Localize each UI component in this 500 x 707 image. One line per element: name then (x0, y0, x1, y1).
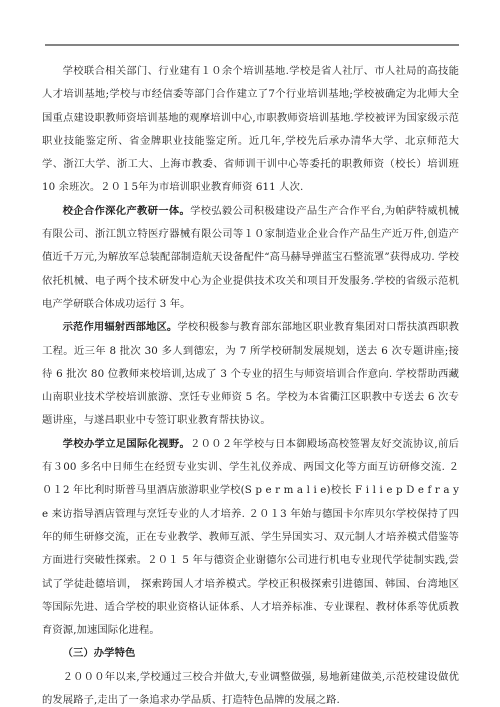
paragraph-lead: 示范作用辐射西部地区。 (63, 321, 178, 333)
paragraph-lead: 学校办学立足国际化视野。 (63, 438, 190, 450)
section-heading-school-features: （三）办学特色 (42, 642, 459, 665)
document-page: 学校联合相关部门、行业建有１０余个培训基地.学校是省人社厅、市人社局的高技能人才… (0, 0, 500, 707)
document-body: 学校联合相关部门、行业建有１０余个培训基地.学校是省人社厅、市人社局的高技能人才… (42, 60, 459, 707)
paragraph-western-region-outreach: 示范作用辐射西部地区。学校积极参与教育部东部地区职业教育集团对口帮扶滇西职教工程… (42, 316, 459, 432)
paragraph-international-vision: 学校办学立足国际化视野。２００２年学校与日本御殿场高校签署友好交流协议,前后有３… (42, 433, 459, 643)
paragraph-development-path: ２０００年以来,学校通过三校合并做大,专业调整做强, 易地新建做美,示范校建设做… (42, 666, 459, 707)
paragraph-text: ２００２年学校与日本御殿场高校签署友好交流协议,前后有３00 多名中日师生在经贸… (42, 438, 459, 636)
paragraph-text: 学校联合相关部门、行业建有１０余个培训基地.学校是省人社厅、市人社局的高技能人才… (42, 65, 459, 193)
header-rule (45, 44, 459, 46)
paragraph-text: 学校积极参与教育部东部地区职业教育集团对口帮扶滇西职教工程。近三年 8 批次 3… (42, 321, 459, 426)
paragraph-lead: 校企合作深化产教研一体。 (63, 205, 190, 217)
paragraph-school-enterprise-cooperation: 校企合作深化产教研一体。学校弘毅公司积极建设产品生产合作平台,为帕萨特威机械有限… (42, 200, 459, 316)
paragraph-text: ２０００年以来,学校通过三校合并做大,专业调整做强, 易地新建做美,示范校建设做… (42, 671, 459, 706)
paragraph-training-bases: 学校联合相关部门、行业建有１０余个培训基地.学校是省人社厅、市人社局的高技能人才… (42, 60, 459, 200)
section-heading-text: （三）办学特色 (63, 647, 136, 659)
paragraph-text: 学校弘毅公司积极建设产品生产合作平台,为帕萨特威机械有限公司、浙江凯立特医疗器械… (42, 205, 459, 310)
